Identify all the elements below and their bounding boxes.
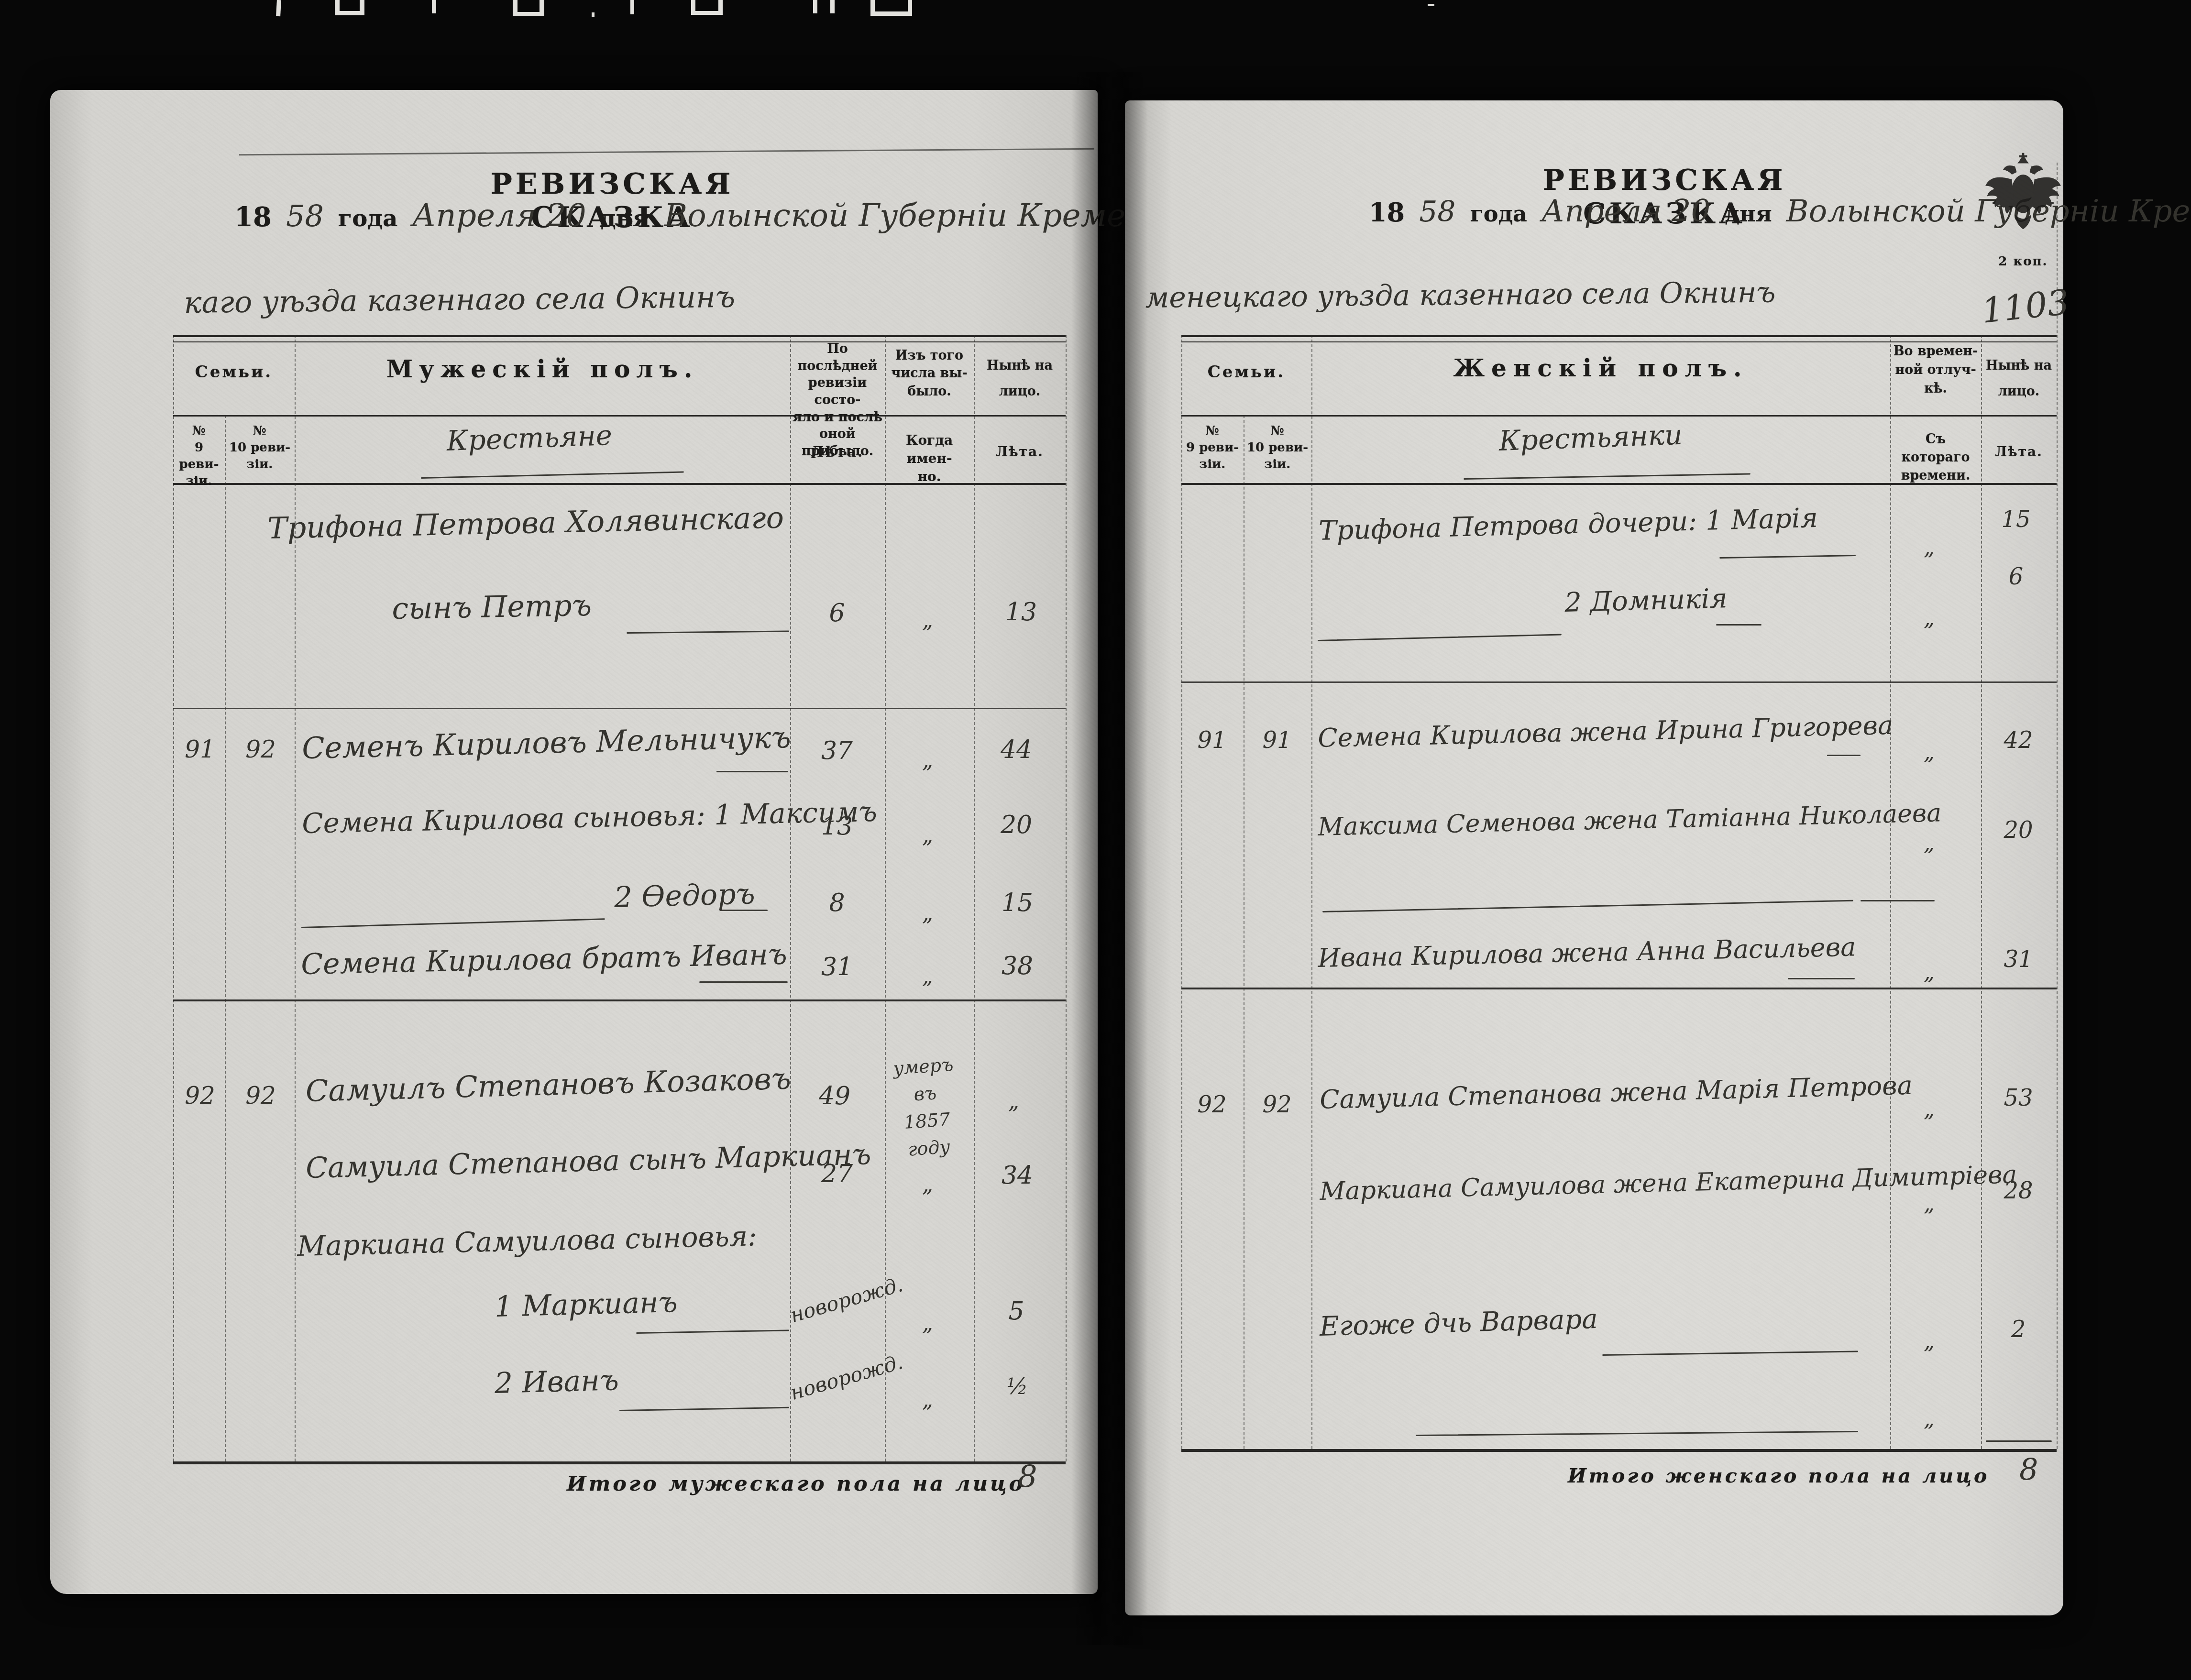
revenue-stamp: 2 коп. [1980, 152, 2066, 269]
age-now: 34 [986, 1161, 1048, 1190]
footer-total-value: 8 [2019, 1452, 2038, 1487]
subheader-years-now: Лѣта. [974, 444, 1066, 460]
printed-year-prefix: 18 [1369, 197, 1405, 228]
table-top-rule [1181, 335, 2057, 342]
age-prev: 49 [806, 1082, 863, 1110]
footer-total-value: 8 [1018, 1460, 1037, 1495]
photo-artifact [592, 12, 595, 17]
double-headed-eagle-icon [1983, 152, 2063, 253]
fill-stroke [1788, 978, 1855, 979]
table-bottom-rule [1181, 1449, 2057, 1452]
photo-artifact [813, 0, 817, 13]
ditto-mark: „ [922, 1388, 933, 1412]
printed-year-prefix: 18 [234, 201, 272, 233]
subheader-years: Лѣта. [1981, 444, 2057, 460]
age-prev: 37 [808, 736, 866, 765]
subheader-when: Когда имен- но. [887, 431, 972, 485]
column-header-now-present: Нынѣ на лицо. [1983, 353, 2055, 405]
column-header-revision10: № 10 реви- зіи. [225, 423, 295, 473]
ditto-mark: „ [1924, 536, 1935, 560]
table-vline [1311, 335, 1312, 1449]
table-vline [790, 335, 791, 1461]
family-no-rev10: 91 [1247, 727, 1307, 754]
table-top-rule [173, 335, 1066, 342]
photo-artifact [630, 0, 634, 14]
age-now: 53 [1990, 1085, 2047, 1111]
table-bottom-rule [173, 1461, 1066, 1464]
ditto-mark: „ [922, 608, 933, 633]
photo-artifact [335, 11, 364, 15]
page-margin-vline [2057, 163, 2058, 1449]
ditto-mark: „ [1924, 1329, 1935, 1354]
column-header-departed: Изъ того числа вы- было. [887, 347, 972, 400]
printed-goda: года [338, 205, 398, 232]
fill-stroke [716, 771, 788, 772]
table-vline [1890, 335, 1891, 1449]
table-vline [173, 335, 174, 1461]
column-header-prev-revision: По послѣдней ревизіи состо- яло и послѣ … [792, 340, 883, 460]
fill-stroke [1827, 755, 1861, 756]
ditto-mark: „ [1924, 1098, 1935, 1122]
ditto-mark: „ [1924, 960, 1935, 985]
age-now: 13 [995, 598, 1047, 626]
table-vline [1981, 335, 1982, 1449]
column-header-revision9: № 9 реви- зіи. [173, 423, 225, 490]
blank-row-stroke [1986, 1440, 2052, 1442]
photo-artifact [870, 11, 912, 16]
scanned-book-photo: РЕВИЗСКАЯ СКАЗКА 1858годаАпреля 20дняВол… [0, 0, 2191, 1680]
age-now: 6 [1990, 563, 2042, 590]
blank-row-stroke [1861, 900, 1935, 901]
family-no-rev9: 92 [175, 1082, 225, 1109]
fill-stroke [1716, 624, 1762, 626]
age-now: 15 [1990, 506, 2042, 533]
photo-artifact [830, 0, 835, 13]
family-no-rev10: 92 [1247, 1091, 1307, 1118]
age-now: 20 [985, 811, 1047, 839]
family-no-rev10: 92 [230, 736, 292, 763]
age-now: ½ [986, 1373, 1048, 1399]
ditto-mark: „ [1924, 740, 1935, 765]
entry-name: 1 Маркианъ [494, 1285, 678, 1324]
photo-artifact [513, 12, 544, 16]
age-prev: 13 [808, 812, 866, 841]
age-prev: 8 [811, 889, 863, 917]
ditto-mark: „ [922, 748, 933, 773]
family-no-rev9: 91 [1185, 727, 1239, 754]
age-prev: 31 [808, 953, 866, 981]
printed-dnya: дня [1725, 201, 1772, 227]
ditto-mark: „ [1924, 831, 1935, 856]
printed-dnya: дня [601, 205, 650, 232]
ditto-mark: „ [1008, 1089, 1019, 1114]
table-vline [1066, 335, 1067, 1461]
entry-name: 2 Ѳедоръ [614, 877, 755, 914]
entry-name: 2 Иванъ [494, 1363, 619, 1400]
row-separator [1181, 988, 2057, 989]
ditto-mark: „ [1924, 1192, 1935, 1216]
date-line: 1858годаАпреля 20дняВолынской Губерніи К… [234, 197, 1187, 234]
age-now: 31 [1990, 946, 2047, 973]
ditto-mark: „ [922, 964, 933, 988]
date-line: 1858годаАпреля 20дняВолынской Губерніи К… [1369, 194, 2190, 229]
ditto-mark: „ [922, 901, 933, 926]
ditto-mark: „ [922, 824, 933, 848]
column-header-family: Семьи. [173, 362, 295, 382]
family-no-rev9: 91 [175, 736, 225, 763]
age-now: 38 [986, 952, 1048, 980]
ditto-mark: „ [1924, 606, 1935, 631]
table-vline [225, 415, 226, 1461]
ditto-mark: „ [1924, 1407, 1935, 1431]
handwritten-province: Волынской Губерніи Кременец [664, 197, 1187, 234]
footer-total-label: Итого мужескаго пола на лицо [567, 1472, 1025, 1496]
fill-stroke [720, 910, 768, 911]
subheader-years-prev: Лѣта. [790, 444, 885, 461]
column-header-absence: Во времен- ной отлуч- кѣ. [1892, 342, 1979, 398]
photo-artifact [1428, 4, 1434, 6]
row-separator [1181, 681, 2057, 683]
estate-note: Крестьяне [446, 419, 613, 457]
stamp-value: 2 коп. [1980, 254, 2066, 269]
age-prev: 6 [813, 599, 861, 627]
entry-name: сынъ Петръ [392, 588, 592, 626]
table-vline [1244, 415, 1244, 1449]
age-now: 20 [1990, 817, 2047, 844]
footer-total-label: Итого женскаго пола на лицо [1568, 1464, 1989, 1487]
estate-note: Крестьянки [1498, 418, 1683, 457]
printed-goda: года [1470, 201, 1527, 227]
handwritten-year: 58 [1419, 195, 1455, 229]
table-vline [295, 335, 296, 1461]
column-header-revision10: № 10 реви- зіи. [1244, 423, 1311, 473]
age-now: 44 [985, 736, 1047, 764]
death-note: умеръ въ 1857 году [878, 1050, 974, 1165]
photo-artifact [691, 11, 723, 15]
age-prev: 27 [808, 1160, 866, 1188]
ditto-mark: „ [922, 1311, 933, 1336]
right-page-paper [1125, 100, 2063, 1615]
age-now: 2 [1990, 1316, 2047, 1343]
age-now: 5 [988, 1297, 1045, 1326]
column-header-revision9: № 9 реви- зіи. [1181, 423, 1244, 473]
age-now: 15 [986, 889, 1048, 917]
family-no-rev10: 92 [230, 1082, 292, 1109]
column-header-family: Семьи. [1181, 362, 1311, 382]
photo-artifact [432, 0, 436, 13]
fill-stroke [699, 981, 788, 983]
row-separator [173, 999, 1066, 1001]
column-header-female-sex: Женскій полъ. [1311, 354, 1890, 382]
age-now: 42 [1990, 727, 2047, 754]
table-vline [1181, 335, 1182, 1449]
handwritten-year: 58 [286, 198, 324, 233]
subheader-since-when: Съ котораго времени. [1892, 430, 1979, 484]
handwritten-month-day: Апреля 20 [1541, 194, 1710, 229]
handwritten-month-day: Апреля 20 [412, 197, 586, 234]
row-separator [173, 708, 1066, 709]
place-line: каго уѣзда казеннаго села Окнинъ [184, 279, 735, 320]
table-vline [974, 335, 975, 1461]
table-rule [1181, 415, 2057, 417]
age-now: 28 [1990, 1177, 2047, 1204]
entry-name: 2 Домникія [1564, 583, 1728, 618]
family-no-rev9: 92 [1185, 1091, 1239, 1118]
photo-artifact [276, 0, 281, 16]
place-line: менецкаго уѣзда казеннаго села Окнинъ [1145, 276, 1775, 315]
ditto-mark: „ [922, 1173, 933, 1197]
table-rule [173, 415, 1066, 417]
column-header-male-sex: Мужескій полъ. [295, 355, 790, 383]
column-header-now-present: Нынѣ на лицо. [976, 353, 1064, 405]
